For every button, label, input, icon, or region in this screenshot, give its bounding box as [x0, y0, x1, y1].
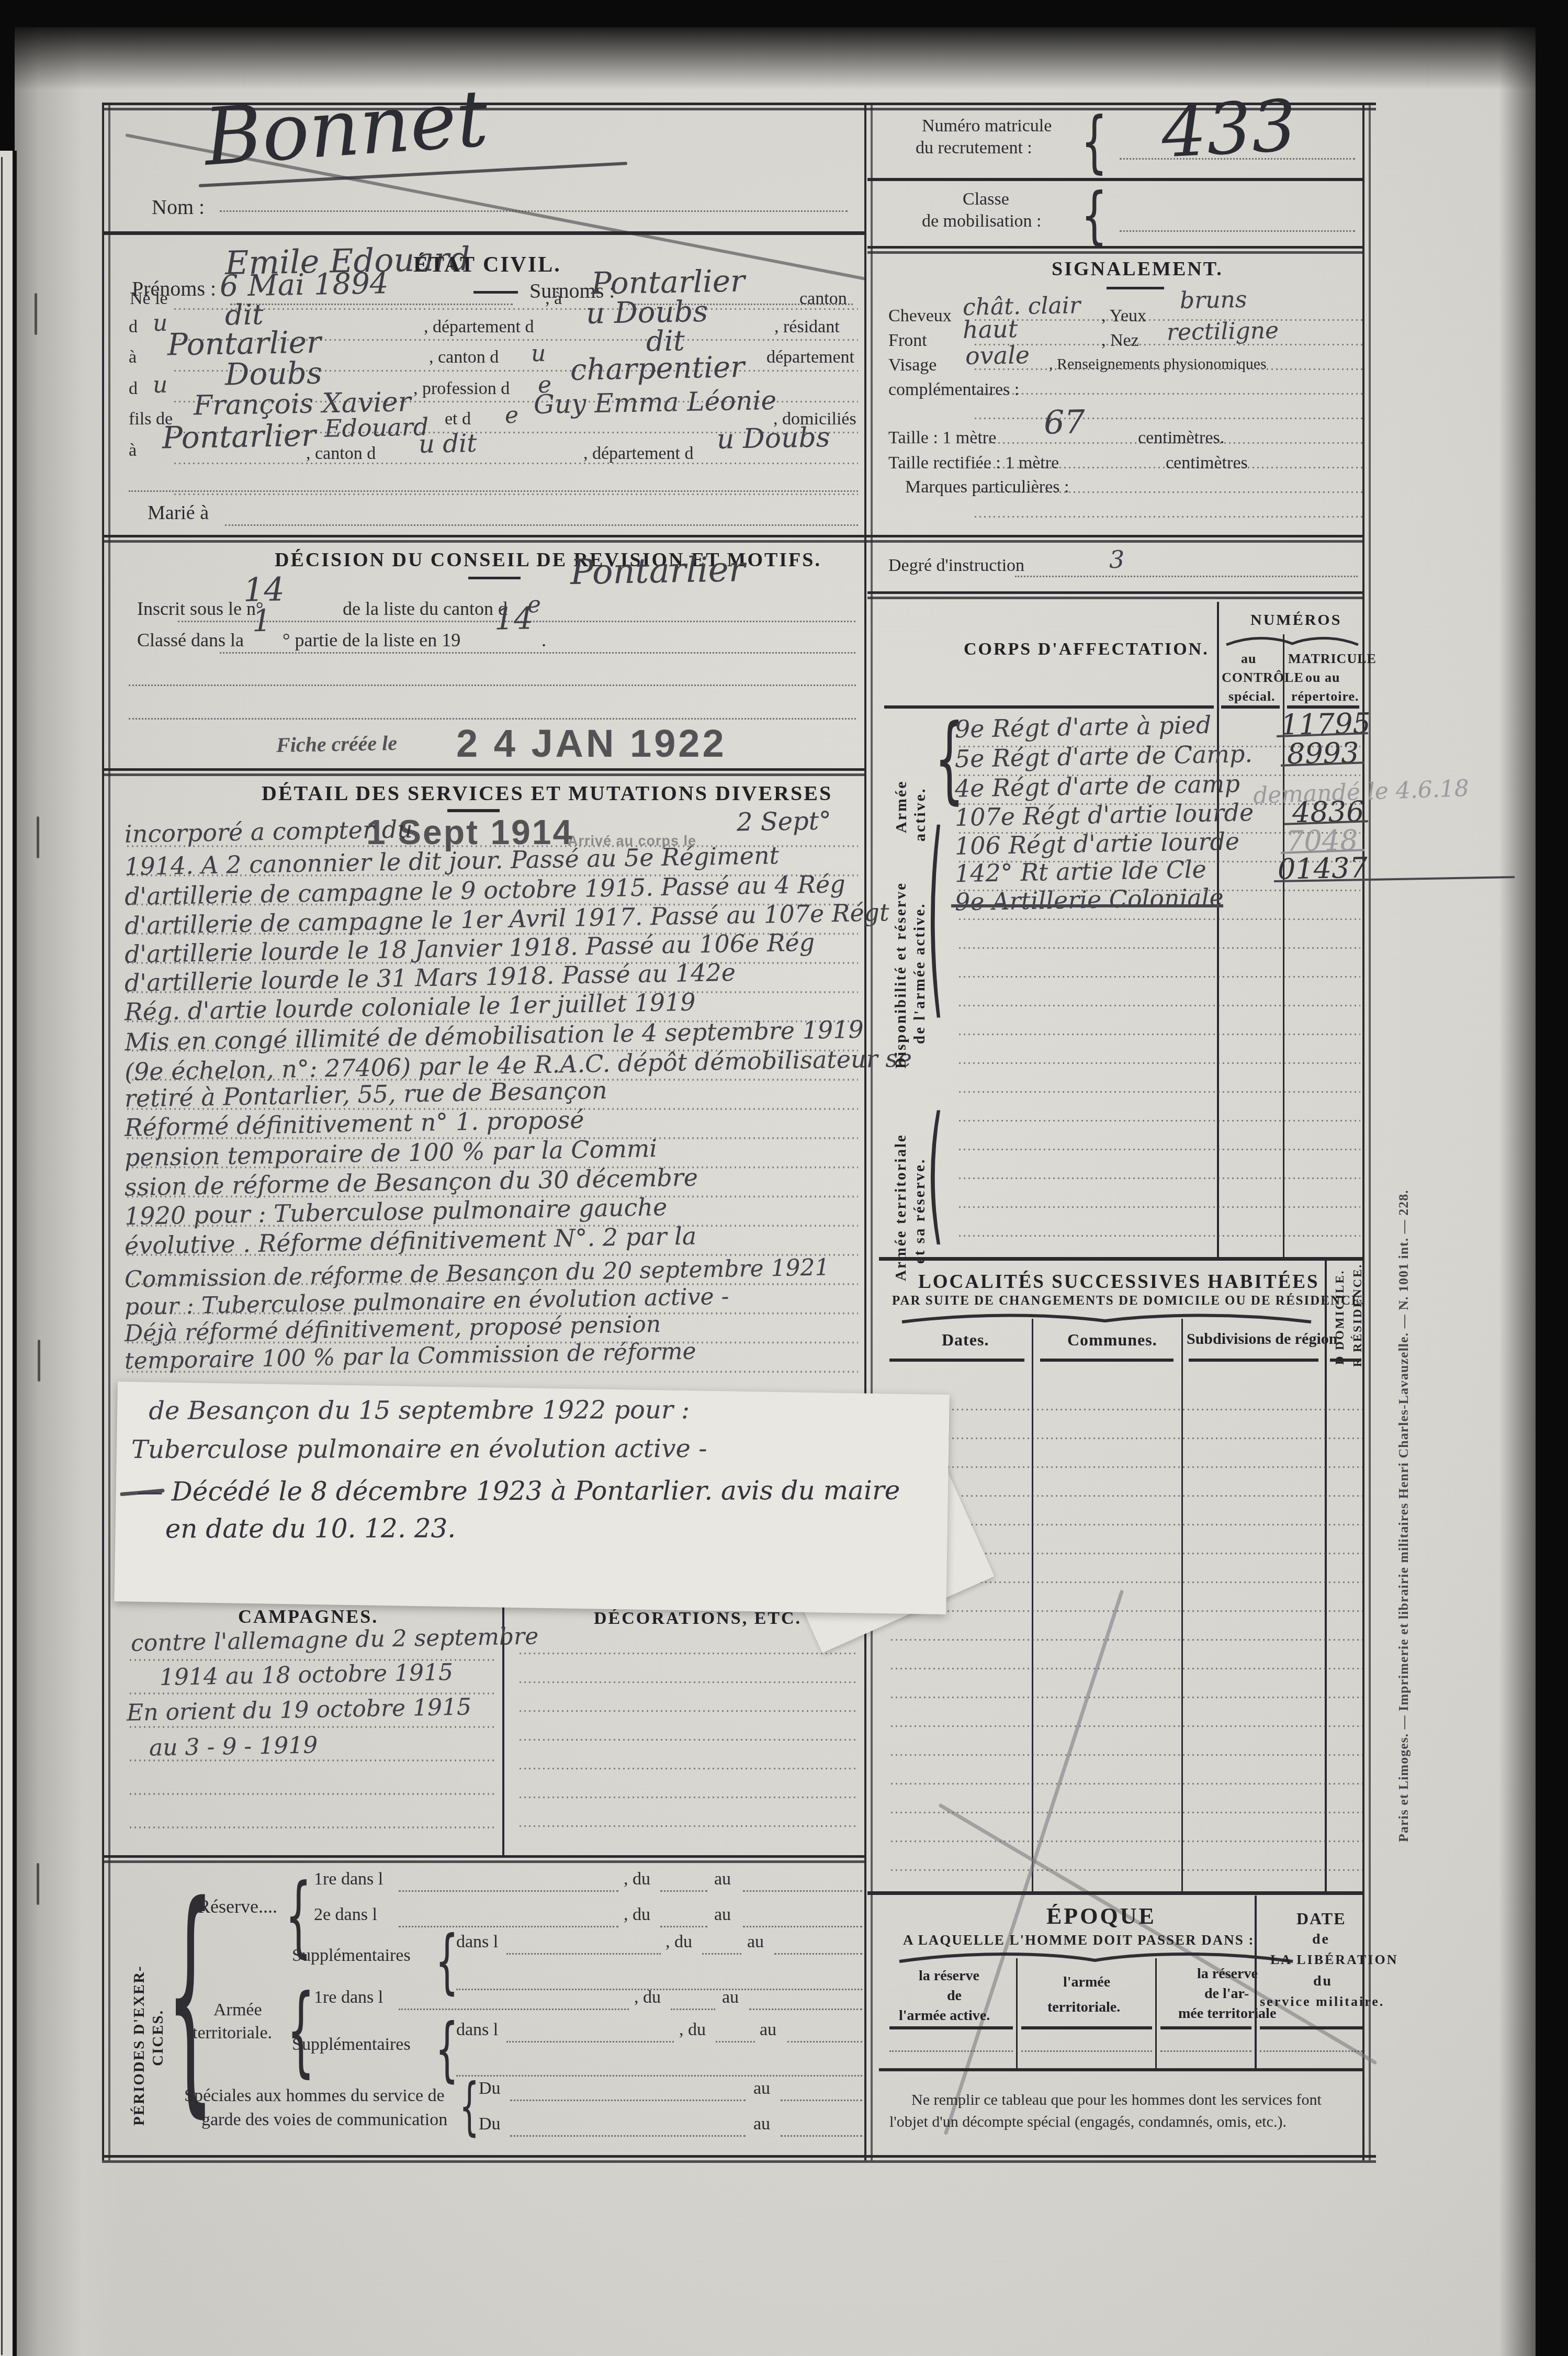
territoriale-row1-label: 1re dans l [314, 1988, 383, 2007]
header-underline [889, 1359, 1024, 1362]
u-doubs-value: u Doubs [716, 422, 830, 455]
profession-label: , profession d [413, 379, 510, 399]
classe-label-line1: Classe [963, 189, 1009, 209]
matricule-header-2: ou au [1305, 670, 1340, 686]
classe-annee-value: 14 [494, 600, 533, 636]
controle-header-underline [1221, 705, 1280, 709]
scanned-register-page: Nom : Bonnet Prénoms : Emile Edouard Sur… [0, 0, 1568, 2356]
controle-header-2: CONTRÔLE [1222, 670, 1304, 686]
armee-active-label-1: Armée [893, 780, 910, 833]
dotted-line [743, 1890, 862, 1892]
arrive-date: 2 Sept° [737, 806, 832, 837]
front-label: Front [888, 331, 927, 351]
dotted-line [510, 2135, 746, 2137]
cheveux-label: Cheveux [888, 306, 952, 326]
epoque-top-rule [867, 1891, 1364, 1895]
dotted-line [225, 524, 858, 526]
a-label: à [129, 347, 137, 367]
localites-title: LOCALITÉS SUCCESSIVES HABITÉES [918, 1271, 1319, 1293]
dotted-line [220, 652, 855, 654]
epoque-col2-header-2: territoriale. [1047, 1999, 1120, 2016]
nez-value: rectiligne [1167, 317, 1279, 346]
epoque-note-line1: Ne remplir ce tableau que pour les homme… [911, 2091, 1322, 2109]
campagne-line: au 3 - 9 - 1919 [149, 1732, 318, 1762]
etat-civil-title: ÉTAT CIVIL. [413, 252, 561, 277]
dotted-line [660, 1890, 707, 1892]
numeros-header: NUMÉROS [1250, 611, 1341, 629]
taille-unit: centimètres. [1138, 428, 1224, 448]
header-underline [1330, 1359, 1361, 1362]
date-stamp: 2 4 JAN 1922 [456, 721, 727, 766]
epoque-bottom-rule [879, 2068, 1364, 2071]
matricule-label-line1: Numéro matricule [922, 116, 1052, 136]
matricule-header-1: MATRICULE [1288, 651, 1377, 667]
classe-partie-value: 1 [252, 603, 272, 639]
dotted-line [1120, 158, 1355, 160]
classe-bottom-rule [867, 246, 1362, 249]
taille-rect-label: Taille rectifiée : 1 mètre [888, 453, 1059, 473]
du-ditto: u [153, 310, 168, 336]
binding-stitch [37, 1863, 39, 1905]
front-value: haut [963, 315, 1018, 344]
corps-row-name: 9e Artillerie Coloniale [955, 883, 1224, 916]
departement-d-label: , département d [583, 444, 694, 464]
dotted-line [781, 2135, 862, 2137]
dotted-line [1015, 576, 1358, 577]
supplementaires-brace: { [435, 1927, 459, 1996]
nom-label: Nom : [152, 195, 205, 219]
degre-bottom-rule [867, 591, 1362, 594]
controle-header-1: au [1241, 651, 1256, 667]
page-right-shadow [1499, 27, 1536, 2356]
matricule-rule [867, 178, 1362, 181]
reserve-label: Réserve.... [198, 1895, 277, 1917]
header-underline [1040, 1359, 1174, 1362]
dotted-line [456, 2075, 862, 2077]
epoque-header-underline [1021, 2026, 1152, 2029]
campagnes-bottom-rule [102, 1855, 864, 1858]
slip-line: de Besançon du 15 septembre 1922 pour : [149, 1395, 690, 1426]
epoque-vline [1016, 1958, 1018, 2069]
supplementaires-label: Supplémentaires [292, 2035, 411, 2055]
dotted-line [1120, 230, 1355, 232]
dotted-line [129, 718, 856, 720]
au-label: au [747, 1932, 764, 1952]
strikethrough-row [951, 904, 1223, 907]
dotted-line [671, 2009, 715, 2010]
previous-page-edge-line [1, 157, 3, 2355]
dotted-line [506, 1953, 661, 1955]
corps-header-underline [884, 705, 1214, 709]
speciales-label-1: Spéciales aux hommes du service de [184, 2086, 445, 2106]
center-column-divider [864, 103, 866, 2160]
taille-value: 67 [1043, 402, 1085, 441]
matricule-brace: { [1081, 109, 1108, 176]
dotted-line [129, 490, 858, 492]
dotted-line [781, 2100, 862, 2101]
du-cap-label: Du [479, 2114, 501, 2134]
du-ditto: u [153, 372, 168, 398]
a-label: , à [545, 289, 562, 309]
yeux-label: , Yeux [1101, 306, 1146, 326]
au-label: au [722, 1988, 739, 2007]
localites-subtitle: PAR SUITE DE CHANGEMENTS DE DOMICILE OU … [892, 1294, 1366, 1308]
domicile-value: Pontarlier [162, 417, 316, 455]
dotted-line [702, 1953, 741, 1955]
corps-row-name: 9e Régt d'arte à pied [955, 711, 1212, 744]
slip-line: en date du 10. 12. 23. [165, 1513, 456, 1544]
taille-rect-unit: centimètres [1166, 453, 1248, 473]
du-label: , du [679, 2020, 706, 2040]
services-title: DÉTAIL DES SERVICES ET MUTATIONS DIVERSE… [262, 781, 832, 805]
du-label: d [129, 379, 138, 399]
speciales-brace: { [459, 2075, 479, 2138]
corps-row-name: 4e Régt d'arte de camp [955, 769, 1240, 803]
epoque-brace [897, 1948, 1295, 1962]
disponibilite-brace: ( [927, 809, 944, 1025]
au-label: au [714, 1869, 731, 1889]
localites-top-rule [879, 1257, 1364, 1261]
u-ditto: u [531, 340, 546, 367]
epoque-header-underline [889, 2026, 1013, 2029]
epoque-date-divider [1255, 1895, 1257, 2069]
au-label: au [760, 2020, 776, 2040]
yeux-value: bruns [1180, 286, 1247, 314]
periodes-side-label-1: PÉRIODES D'EXER- [131, 1965, 148, 2126]
controle-header-3: spécial. [1228, 689, 1276, 704]
visage-label: Visage [888, 355, 937, 375]
speciales-label-2: garde des voies de communication [201, 2110, 447, 2130]
dotted-line [660, 1926, 707, 1927]
corps-row-name: 107e Régt d'artie lourde [955, 798, 1254, 832]
domicile-vertical-label: D DOMICILE. [1333, 1269, 1347, 1365]
profession-value: charpentier [570, 350, 744, 387]
epoque-subtitle: A LAQUELLE L'HOMME DOIT PASSER DANS : [903, 1932, 1255, 1948]
matricule-header-3: répertoire. [1291, 689, 1359, 704]
epoque-header-underline [1160, 2026, 1251, 2029]
numeros-brace [1224, 632, 1360, 646]
u-dit-ditto: u dit [419, 429, 478, 459]
reserve-row2-label: 2e dans l [314, 1905, 377, 1925]
renseignements-label: , Renseignements physionomiques [1049, 355, 1267, 373]
corps-row-name: 142° Rt artie lde Cle [955, 855, 1207, 888]
dotted-line [774, 1953, 862, 1955]
dotted-line [399, 2009, 629, 2010]
form-bottom-border [102, 2155, 1376, 2158]
dans-l-label: dans l [456, 1932, 498, 1952]
header-underline [1189, 1359, 1318, 1362]
matricule-value: 433 [1159, 84, 1299, 173]
du-label: , du [624, 1905, 650, 1925]
marie-label: Marié à [148, 501, 209, 524]
slip-line: Tuberculose pulmonaire en évolution acti… [131, 1434, 707, 1464]
du-label: , du [624, 1869, 650, 1889]
col-communes-header: Communes. [1067, 1330, 1157, 1350]
dotted-line [220, 210, 848, 212]
territoriale-label-2: et sa réserve. [911, 1158, 929, 1264]
supplementaires-brace: { [435, 2015, 459, 2084]
date-liberation-header-4: du [1313, 1973, 1333, 1990]
matricule-label-line2: du recrutement : [916, 138, 1032, 158]
dotted-line [1160, 2050, 1251, 2052]
du-label: d [129, 317, 138, 337]
canton-d-label: , canton d [306, 444, 376, 464]
epoque-col1-header-1: la réserve [919, 1968, 979, 1984]
supplementaires-label: Supplémentaires [292, 1946, 411, 1966]
disponibilite-label-2: de l'armée active. [911, 902, 929, 1044]
dans-l-label: dans l [456, 2020, 498, 2040]
dotted-line [399, 1890, 618, 1892]
classe-partie-label: ° partie de la liste en 19 [283, 629, 460, 651]
departement-ditto: Doubs [224, 355, 322, 392]
epoque-col1-header-3: l'armée active. [899, 2007, 990, 2024]
epoque-header-underline [1260, 2026, 1362, 2029]
dotted-line [506, 2041, 674, 2043]
residant-label: , résidant [774, 317, 840, 337]
residence-vertical-label: R RÉSIDENCE. [1351, 1263, 1364, 1367]
dotted-grid [518, 1639, 858, 1848]
a-label: à [129, 441, 137, 461]
dotted-line [889, 2050, 1013, 2052]
epoque-title: ÉPOQUE [1046, 1903, 1156, 1929]
signalement-title: SIGNALEMENT. [1052, 257, 1223, 281]
title-underline [468, 577, 521, 579]
complementaires-label: complémentaires : [888, 380, 1019, 400]
epoque-col3-header-1: la réserve [1197, 1966, 1258, 1982]
classe-label-line2: de mobilisation : [922, 211, 1042, 231]
campagne-line: 1914 au 18 octobre 1915 [160, 1659, 454, 1691]
territoriale-label: territoriale. [193, 2023, 272, 2043]
periodes-side-label-2: CICES. [150, 2010, 167, 2066]
nez-label: , Nez [1101, 331, 1139, 351]
dotted-line [510, 2100, 746, 2101]
dotted-line [399, 1926, 618, 1927]
binding-stitch [37, 816, 39, 858]
epoque-vline [1155, 1958, 1157, 2069]
corps-row-name: 5e Régt d'arte de Camp. [955, 739, 1253, 773]
slip-line: — Décédé le 8 décembre 1923 à Pontarlier… [137, 1475, 900, 1507]
col-dates-header: Dates. [942, 1330, 989, 1350]
epoque-col3-header-2: de l'ar- [1204, 1985, 1249, 2002]
paper-slip-overlay: de Besançon du 15 septembre 1922 pour : … [114, 1382, 949, 1614]
col-subdivisions-header: Subdivisions de région [1187, 1330, 1337, 1348]
fiche-creee-stamp: Fiche créée le [276, 731, 398, 757]
dotted-line [1021, 2050, 1152, 2052]
marques-label: Marques particulières : [905, 477, 1069, 497]
degre-value: 3 [1109, 545, 1125, 574]
printer-imprint: Paris et Limoges. — Imprimerie et librai… [1396, 1190, 1412, 1842]
dotted-line [749, 2009, 862, 2010]
dotted-line [1260, 2050, 1362, 2052]
et-de-label: et d [445, 409, 471, 429]
date-liberation-header-2: de [1312, 1931, 1330, 1948]
localites-brace [900, 1308, 1313, 1324]
section-rule [102, 535, 1362, 537]
binding-stitch [38, 1340, 40, 1382]
date-liberation-header-1: DATE [1296, 1909, 1346, 1928]
ne-le-label: Né le [130, 289, 168, 309]
territoriale-group-brace: { [287, 1982, 315, 2080]
canton-label: canton [799, 289, 847, 309]
dotted-line [129, 685, 856, 686]
armee-active-label-2: active. [911, 788, 929, 842]
taille-label: Taille : 1 mètre [888, 428, 996, 448]
campagnes-title: CAMPAGNES. [238, 1606, 378, 1628]
armee-label: Armée [213, 2000, 262, 2020]
departement-label: département [766, 347, 854, 367]
mother-name: Guy Emma Léonie [534, 385, 777, 420]
epoque-note-line2: l'objet d'un décompte spécial (engagés, … [889, 2113, 1287, 2131]
form-left-border [102, 103, 104, 2160]
classe-brace: { [1081, 184, 1108, 247]
visage-value: ovale [965, 341, 1030, 370]
du-label: , du [634, 1988, 661, 2007]
au-label: au [753, 2079, 770, 2099]
binding-gutter-shadow [15, 27, 125, 2356]
du-cap-label: Du [479, 2079, 501, 2099]
name-block-rule [102, 231, 864, 235]
inscrit-canton-value: Pontarlier [570, 549, 746, 592]
decorations-title: DÉCORATIONS, ETC. [594, 1609, 802, 1629]
date-liberation-header-5: service militaire. [1260, 1994, 1384, 2010]
edouard-insert: Edouard [324, 412, 429, 442]
disponibilite-label-1: Disponibilité et réserve [893, 882, 910, 1069]
e-ditto: e [505, 402, 519, 429]
epoque-col1-header-2: de [947, 1988, 962, 2004]
territoriale-brace: ( [927, 1099, 944, 1250]
inscrit-canton-label: de la liste du canton d [343, 598, 507, 620]
dotted-line [787, 2041, 862, 2043]
date-liberation-header-3: LA LIBÉRATION [1270, 1952, 1398, 1968]
period-label: . [542, 629, 546, 651]
canton-d-label: , canton d [429, 347, 499, 367]
au-label: au [753, 2114, 770, 2134]
departement-label: , département d [424, 317, 534, 337]
classe-liste-label: Classé dans la [137, 629, 244, 651]
decision-bottom-rule [102, 768, 864, 771]
degre-label: Degré d'instruction [888, 556, 1024, 576]
page-top-shadow [15, 27, 1536, 90]
epoque-col2-header-1: l'armée [1063, 1974, 1110, 1991]
dotted-line [716, 2041, 755, 2043]
corps-affectation-header: CORPS D'AFFECTATION. [964, 640, 1209, 659]
binding-stitch [35, 293, 37, 335]
du-label: , du [665, 1932, 692, 1952]
reserve-row1-label: 1re dans l [314, 1869, 383, 1889]
dotted-line [743, 1926, 862, 1927]
title-underline [1107, 287, 1164, 289]
au-label: au [714, 1905, 731, 1925]
